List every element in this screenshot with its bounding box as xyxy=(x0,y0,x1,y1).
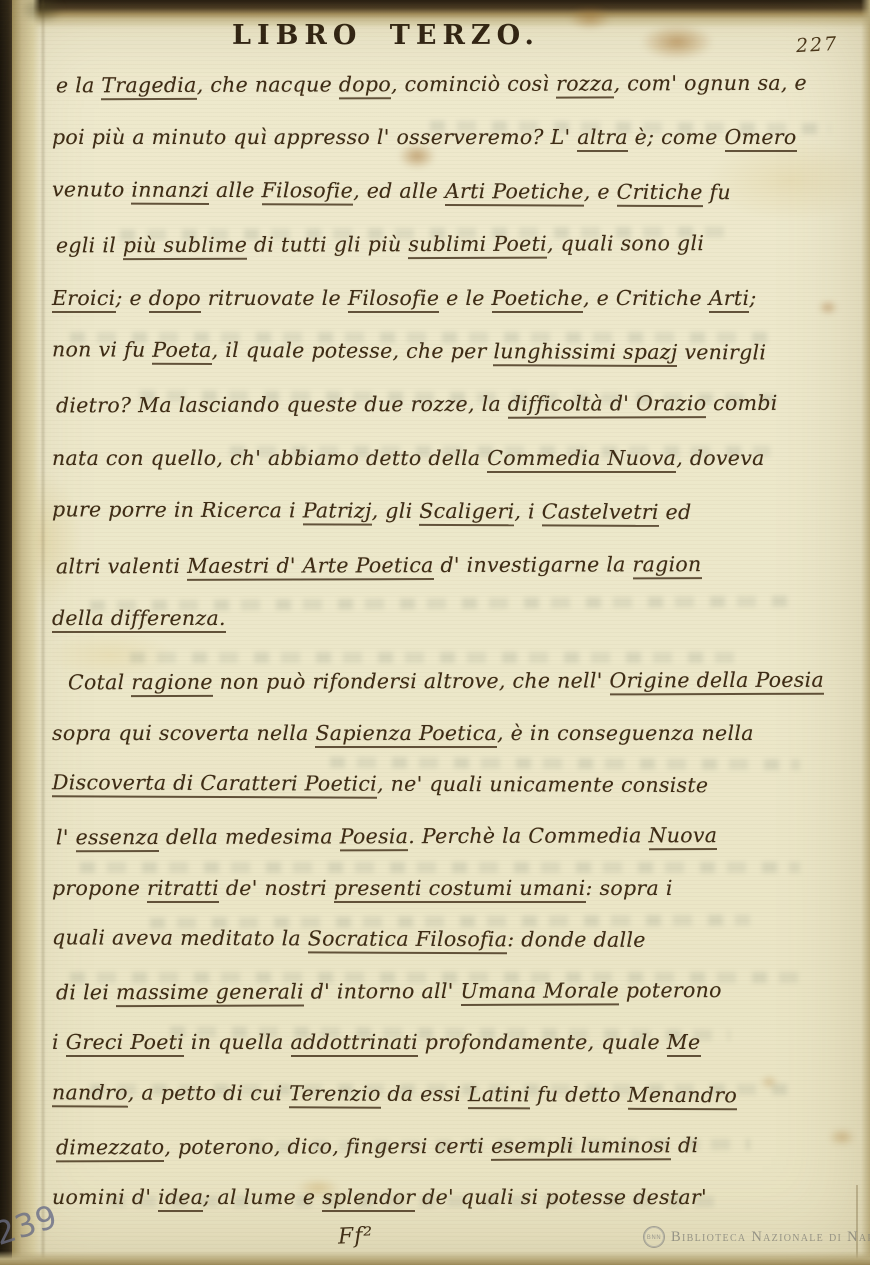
underlined-phrase: Patrizj xyxy=(303,498,372,525)
underlined-phrase: Socratica Filosofia xyxy=(308,927,508,955)
underlined-phrase: più sublime xyxy=(123,233,247,260)
text-segment: di tutti gli più xyxy=(247,232,408,257)
underlined-phrase: Filosofie xyxy=(348,286,440,313)
underlined-phrase: Tragedia xyxy=(101,73,196,100)
underlined-phrase: Poesia xyxy=(340,824,409,851)
text-segment: , il quale potesse, che per xyxy=(212,338,494,363)
text-segment: poi più a minuto quì appresso l' osserve… xyxy=(52,125,577,149)
gutter-crease xyxy=(42,0,44,1265)
manuscript-line: di lei massime generali d' intorno all' … xyxy=(52,977,844,1031)
underlined-phrase: innanzi xyxy=(131,177,209,204)
underlined-phrase: della differenza. xyxy=(52,606,226,633)
manuscript-line: e la Tragedia, che nacque dopo, cominciò… xyxy=(52,71,844,127)
underlined-phrase: Umana Morale xyxy=(460,978,619,1006)
manuscript-line: Cotal ragione non può rifondersi altrove… xyxy=(52,668,844,722)
underlined-phrase: Critiche xyxy=(617,180,703,207)
manuscript-line: egli il più sublime di tutti gli più sub… xyxy=(52,231,844,287)
underlined-phrase: dopo xyxy=(339,72,391,99)
manuscript-line: nandro, a petto di cui Terenzio da essi … xyxy=(52,1080,844,1135)
manuscript-line: venuto innanzi alle Filosofie, ed alle A… xyxy=(52,177,844,234)
text-segment: altri valenti xyxy=(56,553,187,577)
text-segment: e la xyxy=(56,73,102,97)
text-segment: nata con quello, ch' abbiamo detto della xyxy=(52,446,487,470)
underlined-phrase: difficoltà d' Orazio xyxy=(508,391,707,419)
text-segment: pure porre in Ricerca i xyxy=(52,497,303,522)
manuscript-line: non vi fu Poeta, il quale potesse, che p… xyxy=(52,337,844,394)
manuscript-line: Eroici; e dopo ritruovate le Filosofie e… xyxy=(52,286,844,339)
underlined-phrase: Menandro xyxy=(628,1083,738,1110)
text-segment: da essi xyxy=(381,1082,468,1106)
library-logo-icon: BNN xyxy=(643,1226,665,1248)
underlined-phrase: dopo xyxy=(149,286,201,313)
manuscript-line: l' essenza della medesima Poesia. Perchè… xyxy=(52,823,844,877)
text-segment: e le xyxy=(439,286,491,310)
text-segment: , poterono, dico, fingersi certi xyxy=(164,1133,491,1158)
text-segment: , doveva xyxy=(676,446,764,470)
library-logo-monogram: BNN xyxy=(647,1234,662,1241)
text-segment: , e Critiche xyxy=(583,286,709,310)
manuscript-line: sopra qui scoverta nella Sapienza Poetic… xyxy=(52,721,844,773)
page-right-edge xyxy=(861,0,870,1265)
underlined-phrase: ritratti xyxy=(147,876,219,903)
manuscript-line: poi più a minuto quì appresso l' osserve… xyxy=(52,125,844,178)
text-segment: dietro? Ma lasciando queste due rozze, l… xyxy=(56,392,508,418)
manuscript-line: pure porre in Ricerca i Patrizj, gli Sca… xyxy=(52,497,844,554)
underlined-phrase: essenza xyxy=(76,825,160,852)
underlined-phrase: nandro xyxy=(52,1080,128,1107)
underlined-phrase: Origine della Poesia xyxy=(609,668,824,696)
text-segment: , com' ognun sa, e xyxy=(614,71,807,96)
text-segment: , gli xyxy=(372,499,420,523)
text-segment: ; e xyxy=(116,286,149,310)
manuscript-line: altri valenti Maestri d' Arte Poetica d'… xyxy=(52,551,844,607)
binding-edge xyxy=(0,0,12,1265)
underlined-phrase: Me xyxy=(667,1030,701,1057)
underlined-phrase: Terenzio xyxy=(289,1081,381,1108)
text-segment: in quella xyxy=(184,1030,290,1054)
manuscript-line: propone ritratti de' nostri presenti cos… xyxy=(52,876,844,928)
underlined-phrase: Latini xyxy=(468,1082,530,1109)
text-segment: , cominciò così xyxy=(391,72,556,97)
text-segment: , quali sono gli xyxy=(547,231,704,256)
underlined-phrase: Discoverta di Caratteri Poetici xyxy=(52,771,377,799)
manuscript-line: Discoverta di Caratteri Poetici, ne' qua… xyxy=(52,771,844,826)
text-segment: poterono xyxy=(619,978,722,1002)
text-segment: della medesima xyxy=(159,824,340,849)
text-segment: fu detto xyxy=(530,1082,628,1106)
underlined-phrase: Omero xyxy=(725,125,797,152)
underlined-phrase: Arti xyxy=(709,286,750,313)
text-segment: i xyxy=(52,1030,66,1054)
text-segment: de' quali si potesse destar' xyxy=(415,1185,707,1209)
text-segment: ed xyxy=(659,500,692,524)
text-segment: d' investigarne la xyxy=(434,552,633,577)
text-segment: : sopra i xyxy=(586,876,673,900)
text-segment: d' intorno all' xyxy=(304,979,461,1004)
underlined-phrase: lunghissimi spazj xyxy=(493,339,677,367)
underlined-phrase: esempli luminosi xyxy=(491,1133,671,1161)
manuscript-line: quali aveva meditato la Socratica Filoso… xyxy=(52,926,844,981)
underlined-phrase: Eroici xyxy=(52,286,116,313)
library-stamp: BNN Biblioteca Nazionale di Napoli xyxy=(643,1226,870,1248)
text-segment: . Perchè la Commedia xyxy=(408,823,648,848)
text-segment: combi xyxy=(706,391,777,415)
text-segment: propone xyxy=(52,876,147,900)
underlined-phrase: Poetiche xyxy=(492,286,583,313)
text-segment: : donde dalle xyxy=(507,928,645,953)
page-gutter xyxy=(12,0,40,1265)
underlined-phrase: presenti costumi umani xyxy=(334,876,586,903)
text-segment: profondamente, quale xyxy=(418,1030,667,1054)
underlined-phrase: massime generali xyxy=(116,979,304,1007)
underlined-phrase: altra xyxy=(577,125,628,152)
text-segment: è; come xyxy=(628,125,725,149)
page-title: LIBRO TERZO. xyxy=(232,20,540,51)
library-stamp-text: Biblioteca Nazionale di Napoli xyxy=(671,1229,870,1246)
page-number: 227 xyxy=(795,33,838,57)
paragraph: Cotal ragione non può rifondersi altrove… xyxy=(52,669,844,1237)
underlined-phrase: rozza xyxy=(556,71,614,98)
underlined-phrase: Filosofie xyxy=(262,178,354,205)
page-bottom-edge xyxy=(0,1251,870,1265)
text-segment: , ne' quali unicamente consiste xyxy=(377,772,708,797)
catchword: Ff² xyxy=(338,1223,374,1249)
underlined-phrase: Maestri d' Arte Poetica xyxy=(187,553,434,581)
paper-stain xyxy=(640,24,714,60)
text-segment: , è in conseguenza nella xyxy=(497,721,754,745)
manuscript-line: della differenza. xyxy=(52,606,844,659)
text-segment: uomini d' xyxy=(52,1185,158,1209)
text-segment: venirgli xyxy=(677,340,766,364)
text-segment: l' xyxy=(56,825,76,849)
underlined-phrase: idea xyxy=(158,1185,203,1212)
text-segment: ; al lume e xyxy=(203,1185,322,1209)
text-segment: alle xyxy=(209,178,261,202)
underlined-phrase: Arti Poetiche xyxy=(445,179,584,207)
text-segment: venuto xyxy=(52,177,131,201)
manuscript-line: dimezzato, poterono, dico, fingersi cert… xyxy=(52,1132,844,1186)
text-segment: di xyxy=(671,1133,698,1157)
text-segment: egli il xyxy=(56,233,123,257)
manuscript-line: i Greci Poeti in quella addottrinati pro… xyxy=(52,1030,844,1082)
underlined-phrase: Castelvetri xyxy=(542,500,659,528)
underlined-phrase: sublimi Poeti xyxy=(408,232,547,259)
text-segment: ritruovate le xyxy=(201,286,348,310)
underlined-phrase: Greci Poeti xyxy=(66,1030,184,1057)
underlined-phrase: Sapienza Poetica xyxy=(315,721,497,748)
underlined-phrase: addottrinati xyxy=(291,1030,418,1057)
text-segment: ; xyxy=(749,286,756,310)
text-segment: non può rifondersi altrove, che nell' xyxy=(213,669,610,694)
underlined-phrase: Commedia Nuova xyxy=(487,446,676,473)
text-segment: fu xyxy=(703,180,731,204)
text-segment: non vi fu xyxy=(52,337,152,361)
manuscript-page: LIBRO TERZO. 227 e la Tragedia, che nacq… xyxy=(0,0,870,1265)
text-segment: , e xyxy=(584,179,617,203)
manuscript-line: dietro? Ma lasciando queste due rozze, l… xyxy=(52,391,844,447)
text-segment: di lei xyxy=(56,980,116,1004)
underlined-phrase: dimezzato xyxy=(56,1135,164,1162)
text-segment: , a petto di cui xyxy=(128,1081,290,1106)
text-segment: quali aveva meditato la xyxy=(52,926,308,951)
underlined-phrase: Nuova xyxy=(648,823,717,850)
text-segment: sopra qui scoverta nella xyxy=(52,721,315,745)
underlined-phrase: ragione xyxy=(131,670,213,697)
text-segment: Cotal xyxy=(68,670,131,694)
underlined-phrase: Poeta xyxy=(152,338,212,365)
underlined-phrase: ragion xyxy=(632,552,701,579)
manuscript-line: nata con quello, ch' abbiamo detto della… xyxy=(52,446,844,499)
underlined-phrase: Scaligeri xyxy=(419,499,514,526)
underlined-phrase: splendor xyxy=(322,1185,415,1212)
text-segment: , i xyxy=(514,499,541,523)
paragraph: e la Tragedia, che nacque dopo, cominciò… xyxy=(52,72,844,659)
manuscript-text: e la Tragedia, che nacque dopo, cominciò… xyxy=(52,72,844,1237)
text-segment: , ed alle xyxy=(353,178,445,202)
text-segment: , che nacque xyxy=(197,72,339,96)
text-segment: de' nostri xyxy=(219,876,334,900)
